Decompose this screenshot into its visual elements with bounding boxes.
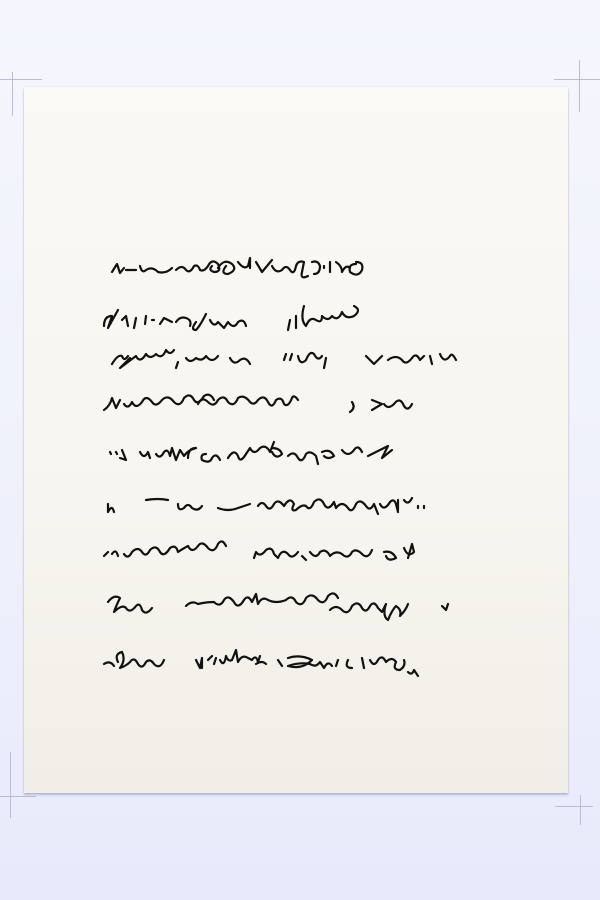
asemic-handwriting xyxy=(0,0,600,900)
handwriting-line-5 xyxy=(110,442,392,464)
handwriting-line-3 xyxy=(112,350,456,368)
handwriting-line-7 xyxy=(104,541,414,560)
handwriting-line-6 xyxy=(108,498,424,514)
handwriting-line-9 xyxy=(104,650,418,676)
handwriting-line-2 xyxy=(104,306,358,330)
handwriting-line-4 xyxy=(104,395,412,412)
handwriting-line-1 xyxy=(112,258,362,277)
handwriting-line-8 xyxy=(108,593,448,620)
